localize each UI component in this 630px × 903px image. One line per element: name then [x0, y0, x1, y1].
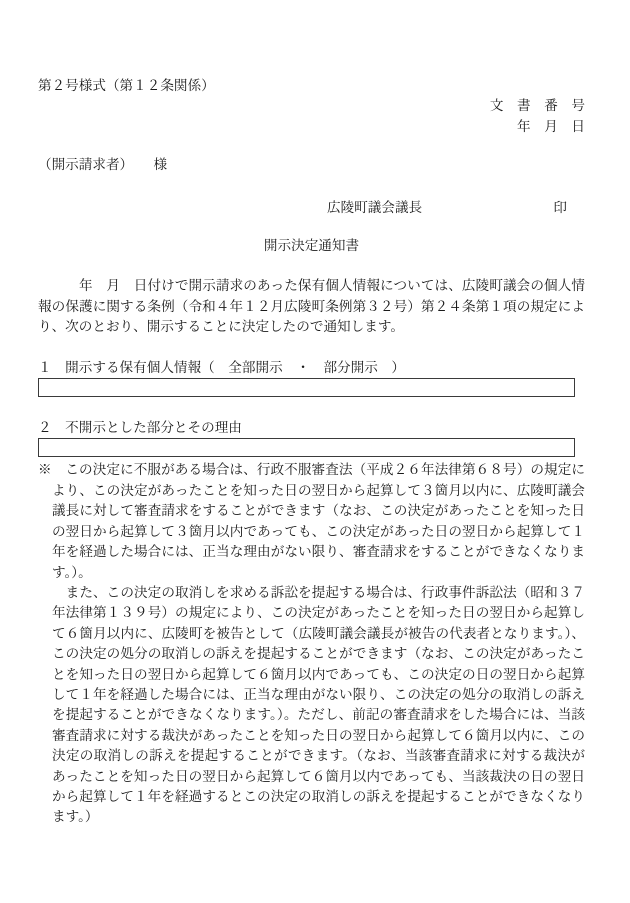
date-line: 年 月 日: [38, 117, 585, 137]
item2-label: ２ 不開示とした部分とその理由: [38, 418, 585, 438]
item2-entry-box[interactable]: [38, 438, 575, 457]
issuer-line: 広陵町議会議長 印: [38, 198, 585, 218]
note-paragraph-appeal: ※ この決定に不服がある場合は、行政不服審査法（平成２６年法律第６８号）の規定に…: [52, 460, 585, 582]
issuer-title: 広陵町議会議長: [327, 198, 422, 218]
item1-label: １ 開示する保有個人情報（ 全部開示 ・ 部分開示 ）: [38, 358, 585, 378]
document-page: 第２号様式（第１２条関係） 文 書 番 号 年 月 日 （開示請求者） 様 広陵…: [0, 0, 630, 903]
form-number: 第２号様式（第１２条関係）: [38, 0, 585, 96]
document-number-label: 文 書 番 号: [38, 96, 585, 116]
seal-mark: 印: [553, 198, 567, 218]
item1-entry-box[interactable]: [38, 378, 575, 397]
note-block: ※ この決定に不服がある場合は、行政不服審査法（平成２６年法律第６８号）の規定に…: [38, 460, 585, 827]
note-paragraph-lawsuit: また、この決定の取消しを求める訴訟を提起する場合は、行政事件訴訟法（昭和３７年法…: [52, 583, 585, 828]
notification-paragraph: 年 月 日付けで開示請求のあった保有個人情報については、広陵町議会の個人情報の保…: [38, 276, 585, 337]
addressee-line: （開示請求者） 様: [38, 155, 585, 175]
document-title: 開示決定通知書: [38, 236, 585, 256]
